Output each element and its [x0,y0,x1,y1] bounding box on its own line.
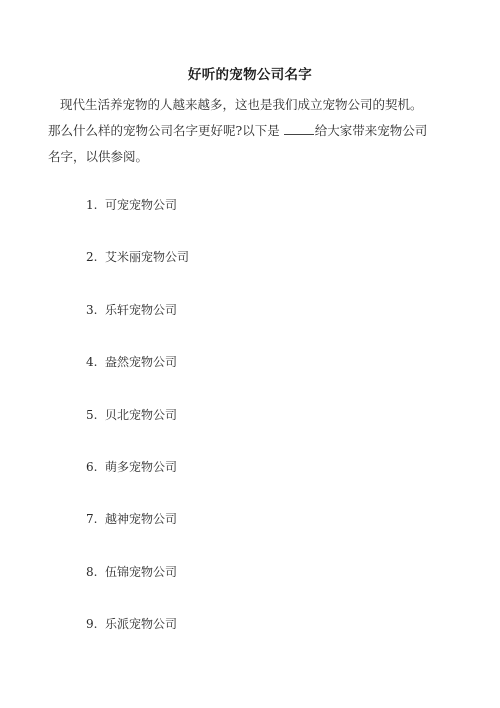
list-text: 伍锦宠物公司 [105,565,177,579]
list-number: 9. [86,615,105,633]
intro-line-2: 那么什么样的宠物公司名字更好呢?以下是给大家带来宠物公司 [48,118,458,144]
list-item: 6.萌多宠物公司 [86,458,189,510]
document-page: 好听的宠物公司名字 现代生活养宠物的人越来越多，这也是我们成立宠物公司的契机。 … [0,0,500,708]
document-title: 好听的宠物公司名字 [0,66,500,84]
list-text: 乐派宠物公司 [105,617,177,631]
list-number: 7. [86,510,105,528]
list-number: 2. [86,248,105,266]
list-text: 艾米丽宠物公司 [105,250,189,264]
list-text: 盎然宠物公司 [105,355,177,369]
blank-underline [284,122,314,135]
list-text: 萌多宠物公司 [105,460,177,474]
list-text: 可宠宠物公司 [105,198,177,212]
list-item: 7.越神宠物公司 [86,510,189,562]
list-item: 4.盎然宠物公司 [86,353,189,405]
list-number: 6. [86,458,105,476]
list-item: 3.乐轩宠物公司 [86,301,189,353]
list-text: 乐轩宠物公司 [105,303,177,317]
intro-line-3: 名字，以供参阅。 [48,144,458,170]
list-number: 3. [86,301,105,319]
intro-line-2-end: 给大家带来宠物公司 [315,123,428,138]
list-number: 8. [86,563,105,581]
list-item: 5.贝北宠物公司 [86,406,189,458]
intro-line-1: 现代生活养宠物的人越来越多，这也是我们成立宠物公司的契机。 [48,92,458,118]
list-item: 1.可宠宠物公司 [86,196,189,248]
list-number: 1. [86,196,105,214]
company-name-list: 1.可宠宠物公司 2.艾米丽宠物公司 3.乐轩宠物公司 4.盎然宠物公司 5.贝… [86,196,189,668]
intro-paragraph: 现代生活养宠物的人越来越多，这也是我们成立宠物公司的契机。 那么什么样的宠物公司… [48,92,458,170]
list-item: 8.伍锦宠物公司 [86,563,189,615]
list-number: 4. [86,353,105,371]
list-number: 5. [86,406,105,424]
list-text: 越神宠物公司 [105,512,177,526]
list-item: 2.艾米丽宠物公司 [86,248,189,300]
list-item: 9.乐派宠物公司 [86,615,189,667]
list-text: 贝北宠物公司 [105,408,177,422]
intro-line-2-start: 那么什么样的宠物公司名字更好呢?以下是 [48,123,280,138]
